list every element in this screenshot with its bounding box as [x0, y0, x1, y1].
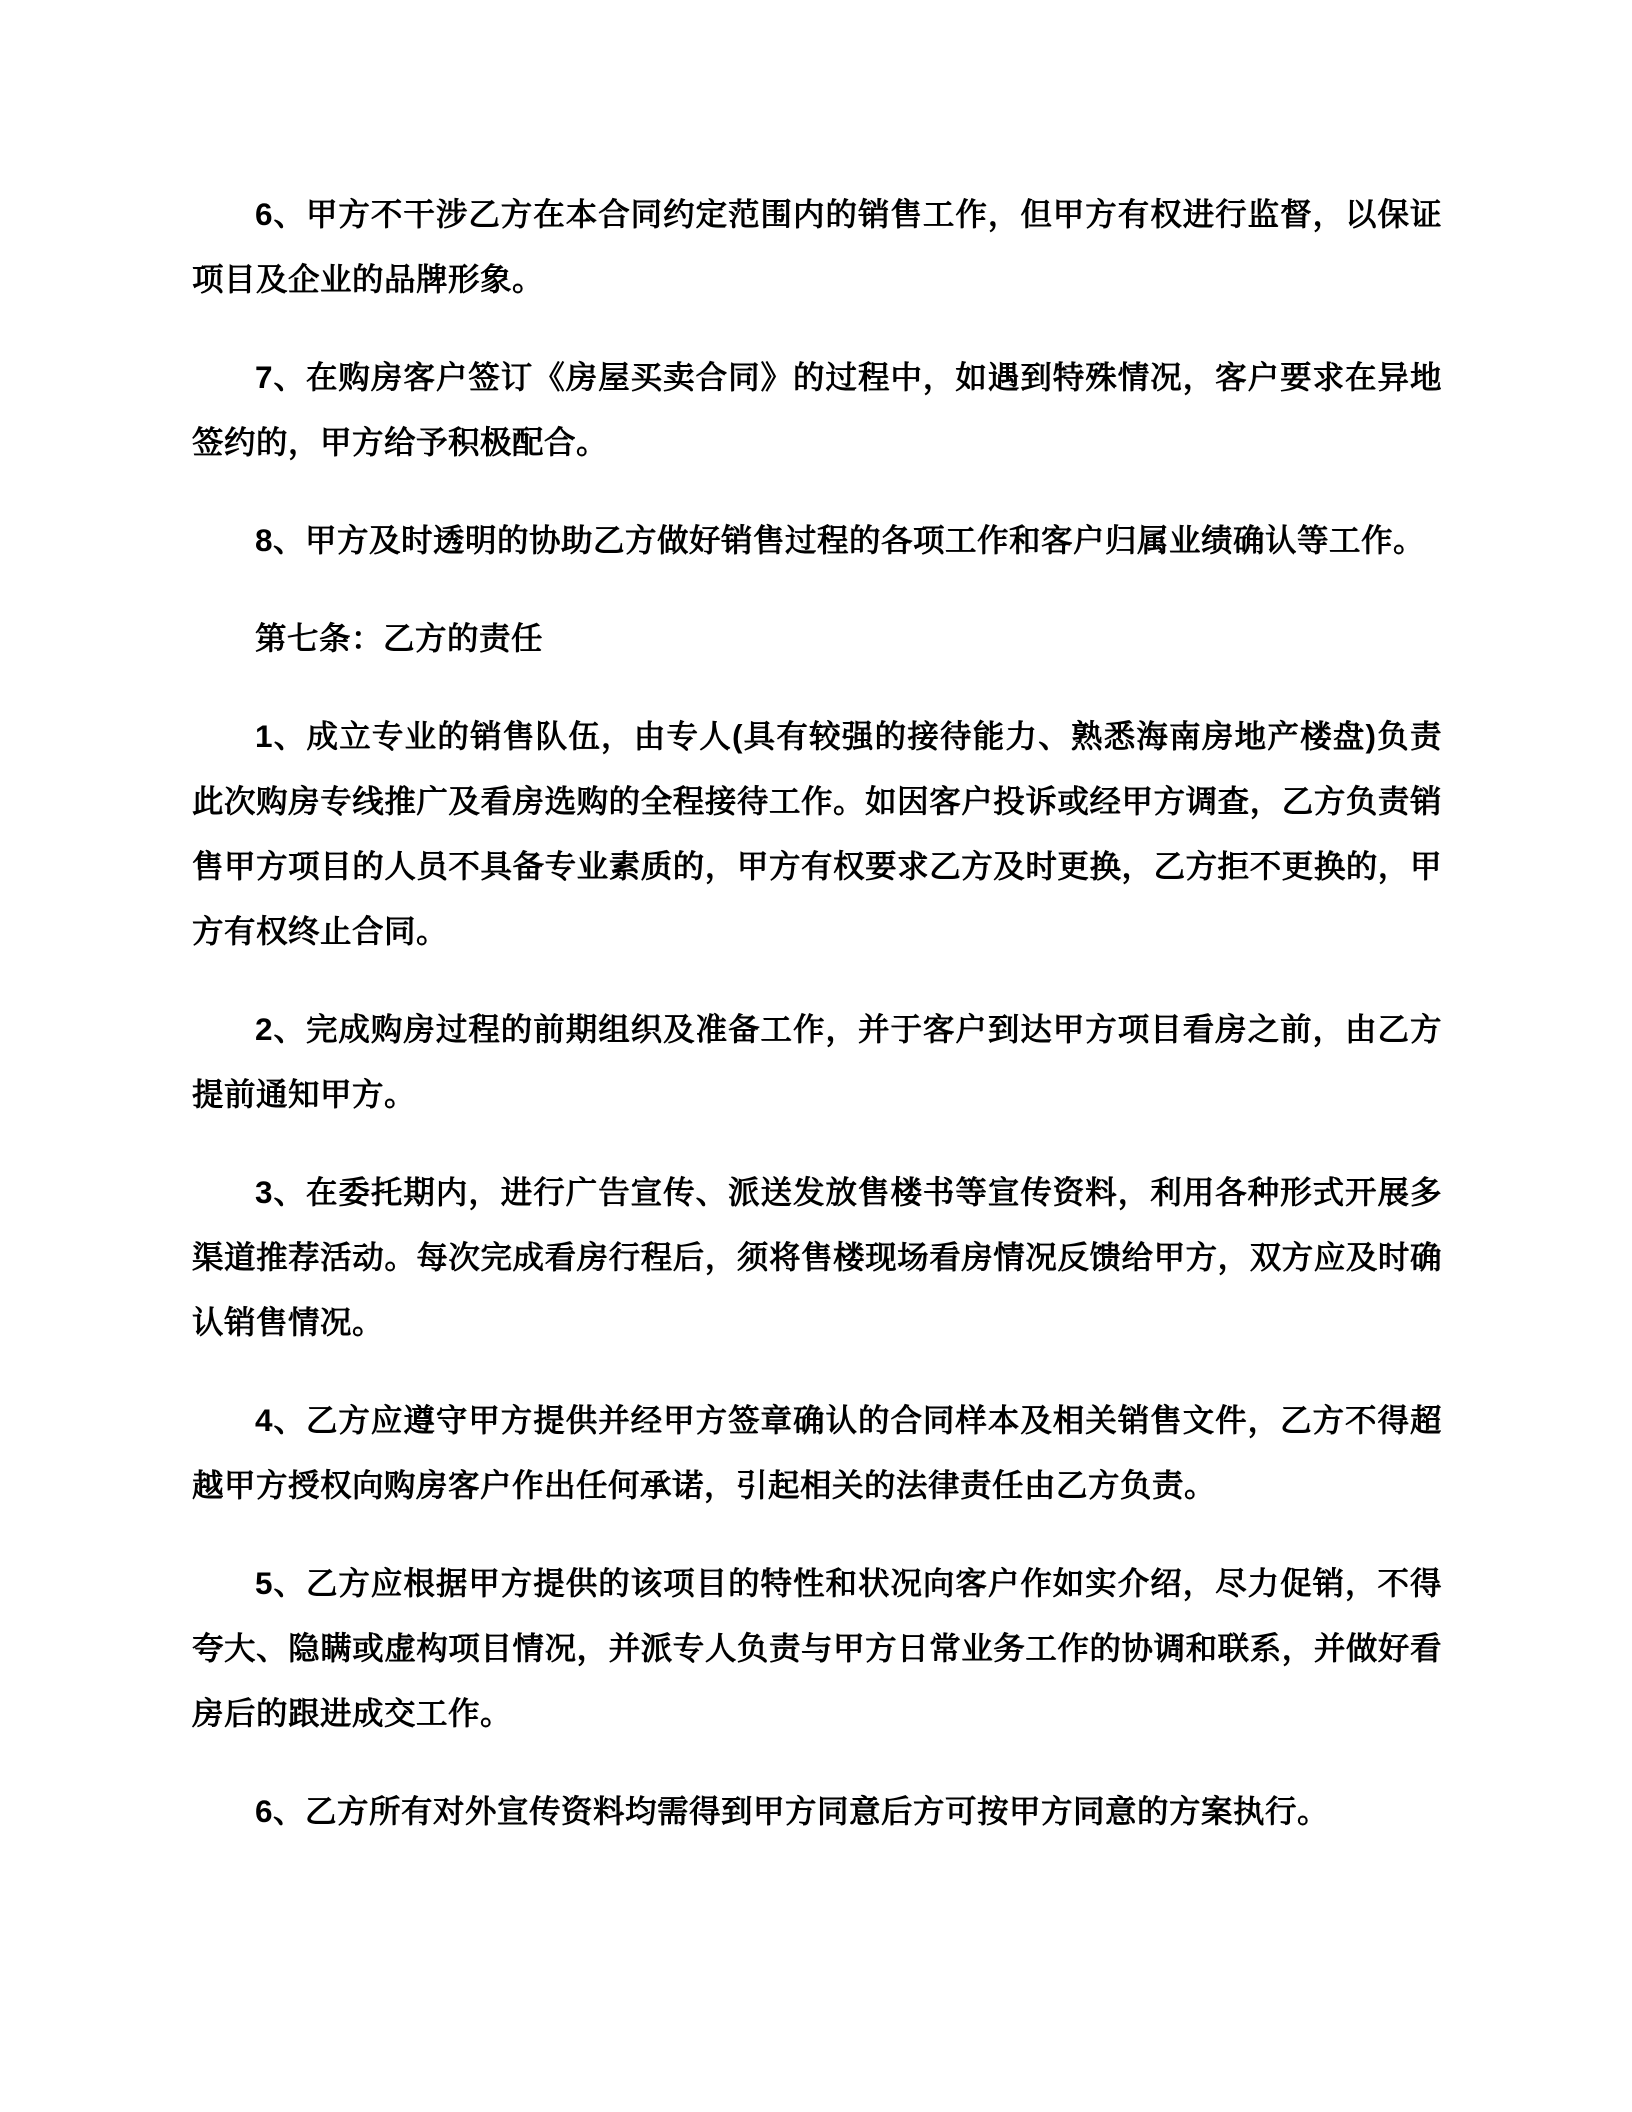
- clause-party-a-item-8: 8、甲方及时透明的协助乙方做好销售过程的各项工作和客户归属业绩确认等工作。: [192, 508, 1442, 573]
- clause-party-a-item-6: 6、甲方不干涉乙方在本合同约定范围内的销售工作，但甲方有权进行监督，以保证项目及…: [192, 182, 1442, 312]
- clause-party-b-item-3: 3、在委托期内，进行广告宣传、派送发放售楼书等宣传资料，利用各种形式开展多渠道推…: [192, 1160, 1442, 1355]
- clause-party-b-item-6: 6、乙方所有对外宣传资料均需得到甲方同意后方可按甲方同意的方案执行。: [192, 1779, 1442, 1844]
- clause-party-b-item-2: 2、完成购房过程的前期组织及准备工作，并于客户到达甲方项目看房之前，由乙方提前通…: [192, 997, 1442, 1127]
- contract-text-body: 6、甲方不干涉乙方在本合同约定范围内的销售工作，但甲方有权进行监督，以保证项目及…: [192, 182, 1442, 1844]
- article-7-heading: 第七条：乙方的责任: [192, 606, 1442, 671]
- clause-party-b-item-1: 1、成立专业的销售队伍，由专人(具有较强的接待能力、熟悉海南房地产楼盘)负责此次…: [192, 704, 1442, 964]
- clause-party-b-item-4: 4、乙方应遵守甲方提供并经甲方签章确认的合同样本及相关销售文件，乙方不得超越甲方…: [192, 1388, 1442, 1518]
- clause-party-b-item-5: 5、乙方应根据甲方提供的该项目的特性和状况向客户作如实介绍，尽力促销，不得夸大、…: [192, 1551, 1442, 1746]
- document-page: 6、甲方不干涉乙方在本合同约定范围内的销售工作，但甲方有权进行监督，以保证项目及…: [0, 0, 1632, 2112]
- clause-party-a-item-7: 7、在购房客户签订《房屋买卖合同》的过程中，如遇到特殊情况，客户要求在异地签约的…: [192, 345, 1442, 475]
